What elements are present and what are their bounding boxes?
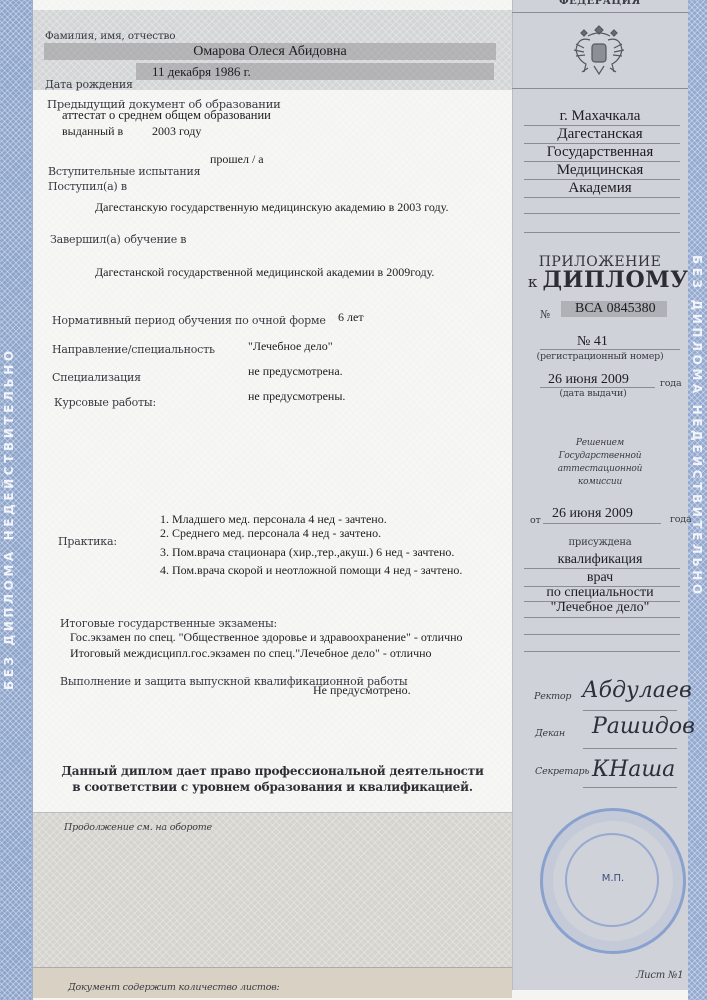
- coursework-value: не предусмотрены.: [248, 389, 345, 404]
- coursework-label: Курсовые работы:: [54, 396, 156, 409]
- continuation-note: Продолжение см. на обороте: [64, 822, 212, 833]
- qualification-value: врач: [512, 570, 688, 586]
- divider: [524, 568, 680, 569]
- appendix-title-big: ДИПЛОМУ: [542, 267, 688, 293]
- security-strip-text: БЕЗ ДИПЛОМА НЕДЕЙСТВИТЕЛЬНО: [2, 310, 16, 690]
- institution-line: Медицинская: [512, 162, 688, 179]
- thesis-value: Не предусмотрено.: [313, 683, 411, 698]
- divider: [524, 634, 680, 635]
- appendix-number-prefix: №: [540, 308, 550, 321]
- rector-label: Ректор: [534, 691, 571, 702]
- commission-year-word: года: [670, 514, 691, 525]
- continuation-band: [33, 812, 512, 968]
- specialization-value: не предусмотрена.: [248, 364, 343, 379]
- secretary-signature: КНаша: [592, 757, 675, 782]
- qualification-label: квалификация: [512, 552, 688, 568]
- institution-line: Государственная: [512, 144, 688, 161]
- divider: [583, 710, 677, 711]
- divider: [524, 197, 680, 198]
- country-name: ФЕДЕРАЦИЯ: [512, 0, 688, 7]
- commission-date: 26 июня 2009: [552, 506, 633, 522]
- commission-line: комиссии: [512, 477, 688, 487]
- sheet-number: Лист №1: [636, 970, 683, 981]
- issued-value: 2003 году: [152, 124, 201, 139]
- appendix-number: ВСА 0845380: [575, 301, 656, 317]
- commission-specialty-value: "Лечебное дело": [512, 600, 688, 616]
- divider: [524, 213, 680, 214]
- completed-value: Дагестанской государственной медицинской…: [95, 265, 434, 280]
- sheet-count-label: Документ содержит количество листов:: [68, 982, 280, 993]
- student-name: Омарова Олеся Абидовна: [44, 44, 496, 60]
- dob-label: Дата рождения: [45, 78, 133, 91]
- divider: [524, 651, 680, 652]
- completed-label: Завершил(а) обучение в: [50, 233, 186, 246]
- divider: [543, 523, 661, 524]
- dean-label: Декан: [535, 728, 565, 739]
- divider: [583, 787, 677, 788]
- statement-line-1: Данный диплом дает право профессионально…: [33, 764, 512, 778]
- practice-label: Практика:: [58, 535, 117, 548]
- issue-caption: (дата выдачи): [505, 388, 681, 399]
- previous-doc-value: аттестат о среднем общем образовании: [62, 108, 271, 123]
- practice-item: 4. Пом.врача скорой и неотложной помощи …: [160, 563, 462, 578]
- commission-line: Решением: [512, 438, 688, 448]
- institution-line: г. Махачкала: [512, 108, 688, 125]
- issued-label: выданный в: [62, 124, 123, 139]
- study-period-value: 6 лет: [338, 310, 364, 325]
- divider: [583, 748, 677, 749]
- dean-signature: Рашидов: [592, 714, 695, 739]
- final-exams-label: Итоговые государственные экзамены:: [60, 617, 277, 630]
- commission-line: Государственной: [512, 451, 688, 461]
- coat-of-arms-icon: [570, 22, 628, 82]
- commission-line: аттестационной: [512, 464, 688, 474]
- study-period-label: Нормативный период обучения по очной фор…: [52, 314, 326, 327]
- practice-item: 2. Среднего мед. персонала 4 нед - зачте…: [160, 526, 381, 541]
- registration-number: № 41: [577, 334, 608, 350]
- date-of-birth: 11 декабря 1986 г.: [152, 64, 251, 80]
- institution-line: Академия: [512, 180, 688, 197]
- entered-value: Дагестанскую государственную медицинскую…: [95, 200, 448, 215]
- institution-line: Дагестанская: [512, 126, 688, 143]
- official-seal: М.П.: [540, 808, 686, 954]
- commission-specialty-label: по специальности: [512, 585, 688, 601]
- name-label: Фамилия, имя, отчество: [45, 30, 175, 42]
- statement-line-2: в соответствии с уровнем образования и к…: [33, 780, 512, 794]
- entrance-exams-label: Вступительные испытания: [48, 165, 200, 178]
- secretary-label: Секретарь: [535, 766, 589, 777]
- specialty-label: Направление/специальность: [52, 343, 215, 356]
- divider: [524, 617, 680, 618]
- appendix-title-prefix: к: [528, 273, 537, 291]
- divider: [524, 232, 680, 233]
- security-strip-left: БЕЗ ДИПЛОМА НЕДЕЙСТВИТЕЛЬНО: [0, 0, 33, 1000]
- security-strip-text: БЕЗ ДИПЛОМА НЕДЕЙСТВИТЕЛЬНО: [690, 255, 704, 598]
- practice-item: 1. Младшего мед. персонала 4 нед - зачте…: [160, 512, 387, 527]
- entrance-exams-value: прошел / а: [210, 152, 264, 167]
- specialization-label: Специализация: [52, 371, 141, 384]
- specialty-value: "Лечебное дело": [248, 339, 333, 354]
- seal-mp-label: М.П.: [543, 873, 683, 884]
- final-exam-item: Итоговый междисципл.гос.экзамен по спец.…: [70, 646, 432, 661]
- practice-item: 3. Пом.врача стационара (хир.,тер.,акуш.…: [160, 545, 454, 560]
- divider: [512, 12, 688, 13]
- rector-signature: Абдулаев: [582, 678, 692, 703]
- awarded-label: присуждена: [512, 537, 688, 548]
- divider: [512, 88, 688, 89]
- issue-date: 26 июня 2009: [548, 372, 629, 388]
- entered-label: Поступил(а) в: [48, 180, 127, 193]
- registration-caption: (регистрационный номер): [512, 351, 688, 362]
- security-strip-right: БЕЗ ДИПЛОМА НЕДЕЙСТВИТЕЛЬНО: [688, 0, 707, 1000]
- commission-from-word: от: [530, 515, 541, 526]
- appendix-title: к ДИПЛОМУ: [528, 267, 688, 293]
- divider: [540, 349, 680, 350]
- final-exam-item: Гос.экзамен по спец. "Общественное здоро…: [70, 630, 463, 645]
